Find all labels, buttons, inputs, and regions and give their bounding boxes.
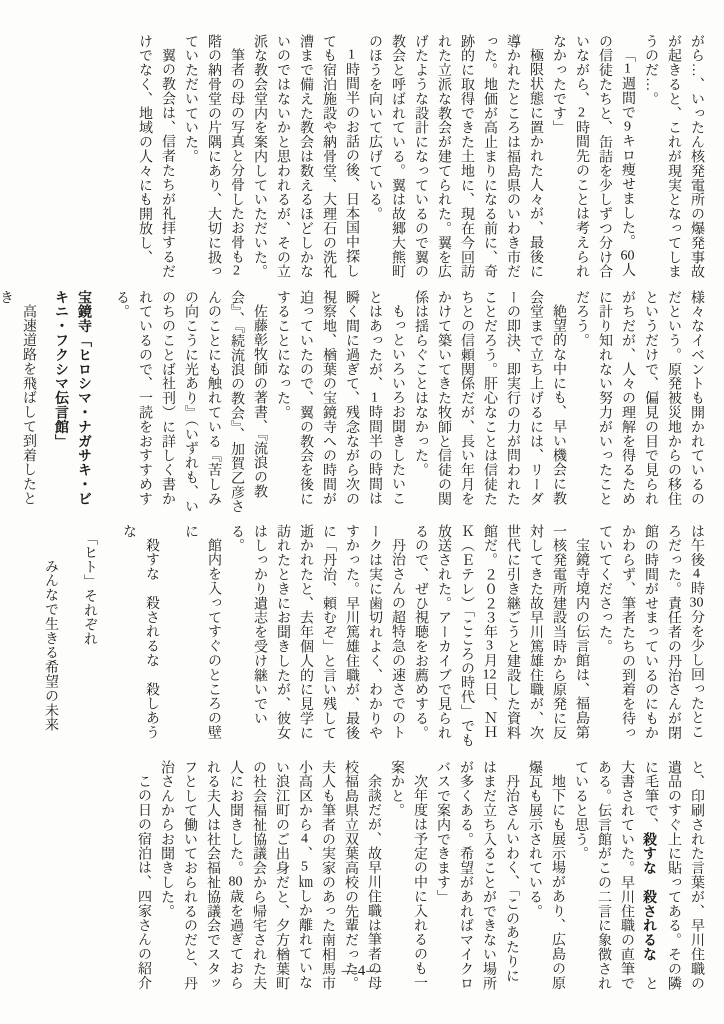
- text-segment: は午後4時30分を少し回ったところだった。責任者の丹治さんが閉館の時間がせまって…: [597, 524, 704, 740]
- body-paragraph: 丹治さんの超特急の速さでのトークは実に歯切れよく、わかりやすかった。早川篤雄住職…: [225, 524, 409, 752]
- body-paragraph: と、印刷された言葉が、早川住職の遺品のすぐ上に貼ってある。その隣に毛筆で、殺すな…: [569, 760, 708, 992]
- body-paragraph: 絶望的な中にも、早い機会に教会堂まで立ち上げるには、リーダーの即決、即実行の力が…: [409, 290, 570, 516]
- tatechuyoko-number: 60: [620, 249, 635, 263]
- body-paragraph: 筆者の母の写真と分骨したお骨も2階の納骨堂の片隅にあり、大切に扱っていただいてい…: [179, 34, 248, 282]
- tatechuyoko-number: 30: [689, 596, 704, 610]
- body-paragraph: 宝鏡寺境内の伝言館は、福島第一核発電所建設当時から原発に反対してきた故早川篤雄住…: [409, 524, 593, 752]
- body-paragraph: 余談だが、故早川住職は筆者の母校福島県立双葉高校の先輩だった。夫人も筆者の実家の…: [155, 760, 385, 992]
- body-paragraph: 極限状態に置かれた人々が、最後に導かれたところは福島県のいわき市だった。地価が高…: [363, 34, 547, 282]
- text-band-4: と、印刷された言葉が、早川住職の遺品のすぐ上に貼ってある。その隣に毛筆で、殺すな…: [55, 760, 708, 992]
- text-segment: 館内を入ってすぐのところの壁に: [183, 524, 221, 740]
- document-page: がら…、いったん核発電所の爆発事故が起きると、これが現実となってしまうのだ…。「…: [0, 0, 724, 1024]
- text-segment: 「ヒト」それぞれ: [82, 531, 97, 646]
- text-segment: 1時間半のお話の後、日本国中探しても宿泊施設や納骨堂、大理石の洗礼漕まで備えた教…: [252, 34, 359, 279]
- text-segment: この日の宿泊は、四家さんの紹介: [136, 774, 151, 990]
- text-segment: 丹治さんいわく、「このあたりにはまだ立ち入ることができない場所が多くある。希望が…: [435, 760, 519, 990]
- text-band-1: がら…、いったん核発電所の爆発事故が起きると、これが現実となってしまうのだ…。「…: [55, 34, 708, 282]
- tatechuyoko-number: 1: [620, 62, 635, 76]
- poem-line: みんなで生きる希望の未来: [39, 524, 62, 752]
- body-paragraph: は午後4時30分を少し回ったところだった。責任者の丹治さんが閉館の時間がせまって…: [593, 524, 708, 752]
- text-segment: 次年度は予定の中に入れるのも一案かと。: [389, 760, 427, 990]
- body-paragraph: 地下にも展示場があり、広島の原爆瓦も展示されている。: [523, 760, 569, 992]
- text-segment: 佐藤彰牧師の著書、『流浪の教会』、『続流浪の教会』、加賀乙彦さんのことにも触れて…: [114, 290, 267, 514]
- tatechuyoko-number: 1: [367, 391, 382, 405]
- text-segment: 様々なイベントも開かれているのだという。原発被災地からの移住というだけで、偏見の…: [574, 290, 704, 506]
- text-segment: 高速道路を飛ばして到着したとき: [0, 290, 36, 506]
- text-segment: がら…、いったん核発電所の爆発事故が起きると、これが現実となってしまうのだ…。: [643, 34, 704, 279]
- text-segment: 筆者の母の写真と分骨したお骨も2階の納骨堂の片隅にあり、大切に扱っていただいてい…: [183, 34, 244, 279]
- body-paragraph: もっといろいろお聞きしたいことはあったが、1時間半の時間は瞬く間に過ぎて、残念な…: [271, 290, 409, 516]
- text-segment: 絶望的な中にも、早い機会に教会堂まで立ち上げるには、リーダーの即決、即実行の力が…: [413, 290, 566, 506]
- page-number: ―4―: [0, 963, 724, 980]
- text-segment: 余談だが、故早川住職は筆者の母校福島県立双葉高校の先輩だった。夫人も筆者の実家の…: [159, 760, 381, 990]
- poem-line: 「ヒト」それぞれ: [78, 524, 101, 752]
- emphasized-brush-words: 殺すな 殺されるな: [642, 832, 658, 962]
- body-paragraph: 次年度は予定の中に入れるのも一案かと。: [385, 760, 431, 992]
- poem-line: 殺すな 殺されるな 殺しあうな: [117, 524, 163, 752]
- text-segment: みんなで生きる希望の未来: [43, 559, 58, 732]
- text-segment: 丹治さんの超特急の速さでのトークは実に歯切れよく、わかりやすかった。早川篤雄住職…: [229, 524, 405, 740]
- body-paragraph: この日の宿泊は、四家さんの紹介: [132, 760, 155, 992]
- text-segment: 地下にも展示場があり、広島の原爆瓦も展示されている。: [527, 760, 565, 990]
- body-paragraph: がら…、いったん核発電所の爆発事故が起きると、これが現実となってしまうのだ…。: [639, 34, 708, 282]
- body-paragraph: 1時間半のお話の後、日本国中探しても宿泊施設や納骨堂、大理石の洗礼漕まで備えた教…: [248, 34, 363, 282]
- tatechuyoko-number: 2: [574, 106, 589, 120]
- text-band-3: は午後4時30分を少し回ったところだった。責任者の丹治さんが閉館の時間がせまって…: [55, 524, 708, 752]
- body-paragraph: 丹治さんいわく、「このあたりにはまだ立ち入ることができない場所が多くある。希望が…: [431, 760, 523, 992]
- body-paragraph: 佐藤彰牧師の著書、『流浪の教会』、『続流浪の教会』、加賀乙彦さんのことにも触れて…: [110, 290, 271, 516]
- tatechuyoko-number: 5: [297, 860, 312, 874]
- tatechuyoko-number: 12: [482, 668, 497, 682]
- tatechuyoko-number: 3: [482, 639, 497, 653]
- text-segment: 殺すな 殺されるな 殺しあうな: [121, 524, 159, 740]
- text-segment: 「1週間で9キロ痩せました。60人の信徒たちと、缶詰を少しずつ分け合いながら、2…: [551, 34, 635, 279]
- body-paragraph: 高速道路を飛ばして到着したとき: [0, 290, 40, 516]
- tatechuyoko-number: 4: [689, 567, 704, 581]
- tatechuyoko-number: 4: [297, 832, 312, 846]
- body-paragraph: 館内を入ってすぐのところの壁に: [179, 524, 225, 752]
- body-paragraph: 「1週間で9キロ痩せました。60人の信徒たちと、缶詰を少しずつ分け合いながら、2…: [547, 34, 639, 282]
- text-segment: 宝鏡寺境内の伝言館は、福島第一核発電所建設当時から原発に反対してきた故早川篤雄住…: [413, 524, 589, 747]
- body-paragraph: 様々なイベントも開かれているのだという。原発被災地からの移住というだけで、偏見の…: [570, 290, 708, 516]
- text-segment: 宝鏡寺「ヒロシマ・ナガサキ・ビキニ・フクシマ伝言館」: [54, 290, 93, 506]
- text-segment: もっといろいろお聞きしたいことはあったが、1時間半の時間は瞬く間に過ぎて、残念な…: [275, 290, 405, 506]
- tatechuyoko-number: 80: [228, 875, 243, 889]
- tatechuyoko-number: 9: [620, 120, 635, 134]
- text-segment: 翼の教会は、信者たちが礼拝するだけでなく、地域の人々にも開放し、: [137, 34, 175, 278]
- tatechuyoko-number: 1: [344, 48, 359, 62]
- text-segment: 極限状態に置かれた人々が、最後に導かれたところは福島県のいわき市だった。地価が高…: [367, 34, 543, 279]
- section-heading: 宝鏡寺「ヒロシマ・ナガサキ・ビキニ・フクシマ伝言館」: [50, 290, 96, 516]
- body-paragraph: 翼の教会は、信者たちが礼拝するだけでなく、地域の人々にも開放し、: [133, 34, 179, 282]
- text-band-2: 様々なイベントも開かれているのだという。原発被災地からの移住というだけで、偏見の…: [55, 290, 708, 516]
- tatechuyoko-number: 2: [229, 264, 244, 278]
